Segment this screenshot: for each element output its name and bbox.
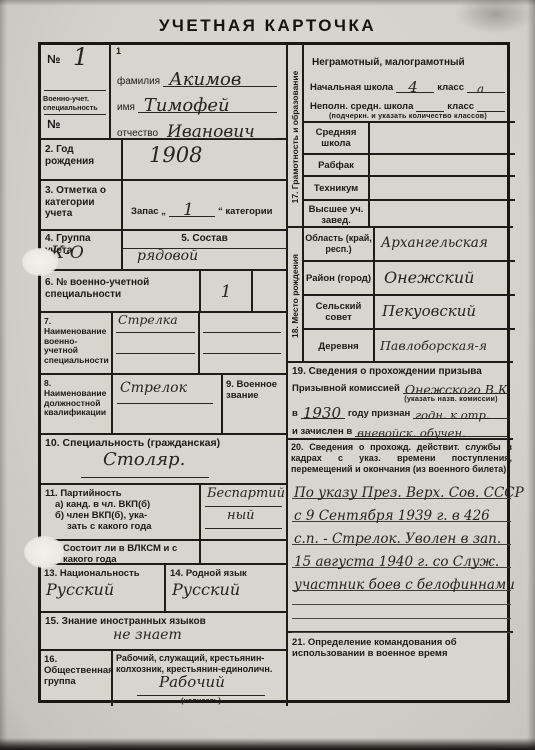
- qualification-label: 8. Наименование должностной квалификации: [41, 375, 113, 435]
- category-value: 1: [183, 200, 194, 220]
- row-vlksm: Состоит ли в ВЛКСМ и с какого года: [41, 541, 286, 565]
- university-label: Высшее уч. завед.: [304, 201, 370, 228]
- native-language-label: 14. Родной язык: [170, 568, 282, 579]
- party-option-a: а) канд. в чл. ВКП(б): [45, 499, 195, 510]
- enlisted-field: и зачислен в вневойск. обучен.: [292, 421, 511, 437]
- party-option-b2: зать с какого года: [45, 521, 195, 532]
- name-fields-cell: 1 фамилия Акимов имя Тимофей отчество Ив…: [111, 45, 286, 140]
- service-line: 15 августа 1940 г. со Служ.: [292, 545, 511, 568]
- vlksm-label: Состоит ли в ВЛКСМ и с какого года: [41, 541, 201, 565]
- scanned-registration-card: УЧЕТНАЯ КАРТОЧКА № 1 Военно-учет. специа…: [0, 0, 535, 750]
- party-label: 11. Партийность: [45, 488, 195, 499]
- commission-field: Призывной комиссией Онежского В.К: [292, 378, 511, 394]
- column-number: 1: [116, 46, 121, 56]
- row-civil-specialty: 10. Специальность (гражданская) Столяр.: [41, 435, 286, 485]
- in-label: в: [292, 408, 298, 419]
- birth-year-label: 2. Год рождения: [41, 140, 123, 181]
- scan-edge-bottom: [0, 738, 535, 750]
- raion-row: Район (город) Онежский: [304, 262, 515, 296]
- ruled-line: [116, 332, 195, 333]
- category-suffix: “ категории: [218, 206, 272, 217]
- category-field: Запас „ 1 “ категории: [131, 199, 281, 217]
- ruled-line: [205, 528, 282, 529]
- vus-name-value: Стрелка: [118, 312, 178, 327]
- sostav-cell: 5. Состав рядовой: [123, 231, 286, 271]
- oblast-label: Область (край, респ.): [304, 228, 375, 260]
- birthplace-side-strip: 18. Место рождения: [288, 228, 304, 363]
- service-line: По указу През. Верх. Сов. СССР: [292, 476, 511, 499]
- civil-specialty-value: Столяр.: [103, 449, 185, 470]
- scan-edge-top: [0, 0, 535, 6]
- vus-name-label: 7. Наименование военно-учетной специальн…: [41, 313, 113, 375]
- ruled-line: [81, 477, 209, 478]
- birthplace-side-label: 18. Место рождения: [290, 254, 300, 338]
- social-group-label: 16. Общественная группа: [41, 651, 113, 706]
- middle-class-writein: [477, 98, 505, 112]
- university-row: Высшее уч. завед.: [304, 199, 515, 228]
- fit-writein: годн. к отр.: [413, 405, 508, 419]
- patronymic-label: отчество: [117, 128, 158, 139]
- social-group-value: Рабочий: [159, 673, 225, 691]
- party-option-b: б) член ВКП(б), ука-: [45, 510, 195, 521]
- surname-value: Акимов: [169, 69, 241, 90]
- section-active-service: 20. Сведения о прохожд. действит. службы…: [286, 440, 513, 633]
- row-header: № 1 Военно-учет. специальность № 1 фамил…: [41, 45, 286, 140]
- technikum-label: Техникум: [304, 177, 370, 199]
- vus-name-cell: Стрелка: [113, 313, 200, 375]
- literacy-side-strip: 17. Грамотность и образование: [288, 45, 304, 228]
- scan-edge-right: [527, 0, 535, 750]
- middle-school-field: Неполн. средн. школа класс: [310, 97, 508, 112]
- fit-value: годн. к отр.: [415, 408, 489, 422]
- paper-hole: [22, 248, 58, 276]
- literacy-side-label: 17. Грамотность и образование: [290, 70, 300, 203]
- enlisted-value: вневойск. обучен.: [357, 426, 466, 440]
- row-birth-year: 2. Год рождения 1908: [41, 140, 286, 181]
- selsovet-row: Сельский совет Пекуовский: [304, 296, 515, 330]
- civil-specialty-label: 10. Специальность (гражданская): [45, 438, 280, 450]
- ruled-line: [116, 353, 195, 354]
- row-category: 3. Отметка о категории учета Запас „ 1 “…: [41, 181, 286, 231]
- native-language-value: Русский: [172, 580, 240, 599]
- card-number-value: 1: [73, 43, 88, 71]
- year-writein: 1930: [301, 405, 345, 419]
- empty-ruled-line: [292, 591, 511, 605]
- service-line: участник боев с белофиннами: [292, 568, 511, 591]
- ruled-line: [203, 332, 281, 333]
- nationality-cell: 13. Национальность Русский: [41, 565, 166, 613]
- row-social-group: 16. Общественная группа Рабочий, служащи…: [41, 651, 286, 706]
- section-literacy: 17. Грамотность и образование Неграмотны…: [286, 45, 513, 228]
- selsovet-label: Сельский совет: [304, 296, 375, 328]
- oblast-row: Область (край, респ.) Архангельская: [304, 228, 515, 262]
- vus-number-label: 6. № военно-учетной специальности: [41, 271, 201, 313]
- literacy-line1: Неграмотный, малограмотный: [312, 57, 508, 69]
- social-group-cell: Рабочий, служащий, крестьянин-колхозник,…: [113, 651, 286, 706]
- primary-class-label: класс: [437, 82, 464, 93]
- primary-class-value: а: [477, 82, 484, 96]
- firstname-value: Тимофей: [144, 95, 230, 116]
- patronymic-field: отчество Иванович: [117, 119, 280, 139]
- primary-school-field: Начальная школа 4 класс а: [310, 75, 508, 93]
- divider-line: [44, 114, 106, 115]
- no-label: №: [47, 54, 60, 66]
- vus-number-empty-cell: [253, 271, 286, 313]
- ruled-line: [203, 353, 281, 354]
- foreign-languages-value: не знает: [113, 627, 182, 643]
- native-language-cell: 14. Родной язык Русский: [166, 565, 286, 613]
- paper-hole: [24, 536, 64, 568]
- qualification-cell: Стрелок: [113, 375, 221, 435]
- technikum-row: Техникум: [304, 175, 515, 199]
- party-value-line2: ный: [227, 508, 255, 523]
- party-label-cell: 11. Партийность а) канд. в чл. ВКП(б) б)…: [41, 485, 201, 541]
- rabfak-row: Рабфак: [304, 153, 515, 175]
- nationality-label: 13. Национальность: [44, 568, 162, 579]
- service-line-5: участник боев с белофиннами: [294, 577, 515, 593]
- row-foreign-languages: 15. Знание иностранных языков не знает: [41, 613, 286, 651]
- zapas-label: Запас „: [131, 206, 166, 217]
- active-service-lines: По указу През. Верх. Сов. СССР с 9 Сентя…: [292, 476, 511, 633]
- row-party: 11. Партийность а) канд. в чл. ВКП(б) б)…: [41, 485, 286, 541]
- commission-label: Призывной комиссией: [292, 383, 400, 394]
- conscription-title: 19. Сведения о прохождении призыва: [292, 366, 512, 378]
- rabfak-label: Рабфак: [304, 155, 370, 175]
- service-line: с.п. - Стрелок. Уволен в зап.: [292, 522, 511, 545]
- service-line: с 9 Сентября 1939 г. в 426: [292, 499, 511, 522]
- enlisted-label: и зачислен в: [292, 426, 352, 437]
- empty-ruled-line: [292, 619, 511, 633]
- nationality-value: Русский: [46, 580, 114, 599]
- village-row: Деревня Павлоборская-я: [304, 330, 515, 363]
- card-number-cell: № 1 Военно-учет. специальность №: [41, 45, 111, 140]
- qualification-value: Стрелок: [120, 380, 187, 396]
- sostav-label: 5. Состав: [123, 233, 286, 245]
- party-value-line1: Беспартий: [207, 486, 285, 501]
- village-value: Павлоборская-я: [380, 338, 487, 353]
- recognized-label: году признан: [348, 408, 410, 419]
- ruled-line: [117, 403, 213, 404]
- vus-label: Военно-учет. специальность: [43, 95, 109, 112]
- vus-name-cell2: [200, 313, 286, 375]
- birth-year-value: 1908: [149, 143, 202, 167]
- sostav-value: рядовой: [137, 248, 198, 264]
- section-wartime-use: 21. Определение командования об использо…: [286, 633, 513, 706]
- rank-label: 9. Военное звание: [221, 375, 286, 435]
- firstname-label: имя: [117, 102, 135, 113]
- firstname-field: имя Тимофей: [117, 93, 280, 113]
- oblast-value: Архангельская: [381, 235, 488, 251]
- patronymic-writein-line: Иванович: [161, 125, 277, 139]
- middle-school-writein: [416, 98, 444, 112]
- year-recognized-field: в 1930 году признан годн. к отр.: [292, 401, 511, 419]
- commission-writein: Онежского В.К: [403, 380, 508, 394]
- active-service-title: 20. Сведения о прохожд. действит. службы…: [291, 442, 512, 474]
- secondary-school-row: Средняя школа: [304, 121, 515, 153]
- ruled-line: [205, 506, 282, 507]
- primary-school-writein: 4: [396, 79, 434, 93]
- literacy-hint: (подчеркн. и указать количество классов): [306, 111, 510, 120]
- row-qualification: 8. Наименование должностной квалификации…: [41, 375, 286, 435]
- section-conscription: 19. Сведения о прохождении призыва Призы…: [286, 363, 513, 440]
- no2-label: №: [47, 119, 60, 131]
- selsovet-value: Пекуовский: [382, 302, 476, 320]
- category-label: 3. Отметка о категории учета: [41, 181, 123, 231]
- category-writein-line: 1: [169, 203, 215, 217]
- village-label: Деревня: [304, 330, 375, 363]
- surname-writein-line: Акимов: [163, 73, 277, 87]
- empty-ruled-line: [292, 605, 511, 619]
- raion-value: Онежский: [384, 268, 474, 287]
- page-title: УЧЕТНАЯ КАРТОЧКА: [0, 16, 535, 36]
- year-value: 1930: [303, 404, 341, 422]
- raion-label: Район (город): [304, 262, 375, 294]
- social-group-options: Рабочий, служащий, крестьянин-колхозник,…: [116, 653, 282, 675]
- surname-field: фамилия Акимов: [117, 67, 280, 87]
- section-birthplace: 18. Место рождения Область (край, респ.)…: [286, 228, 513, 363]
- row-group-sostav: 4. Группа учета К-О 5. Состав рядовой: [41, 231, 286, 271]
- foreign-languages-label: 15. Знание иностранных языков: [45, 616, 280, 628]
- wartime-use-title: 21. Определение командования об использо…: [292, 637, 511, 659]
- vus-number-value: 1: [221, 282, 232, 302]
- row-vus-name: 7. Наименование военно-учетной специальн…: [41, 313, 286, 375]
- primary-school-label: Начальная школа: [310, 82, 393, 93]
- registration-card-form: № 1 Военно-учет. специальность № 1 фамил…: [38, 42, 510, 703]
- secondary-school-label: Средняя школа: [304, 123, 370, 153]
- party-value-cell: Беспартий ный: [201, 485, 286, 541]
- divider-line: [44, 90, 106, 91]
- surname-label: фамилия: [117, 76, 160, 87]
- social-group-hint: (написать): [137, 696, 265, 705]
- scan-edge-left: [0, 0, 7, 750]
- row-vus-number: 6. № военно-учетной специальности 1: [41, 271, 286, 313]
- enlisted-writein: вневойск. обучен.: [355, 423, 508, 437]
- vus-number-cell: 1: [201, 271, 253, 313]
- primary-class-writein: а: [467, 79, 505, 93]
- row-nationality-language: 13. Национальность Русский 14. Родной яз…: [41, 565, 286, 613]
- firstname-writein-line: Тимофей: [138, 99, 277, 113]
- patronymic-value: Иванович: [167, 122, 255, 142]
- primary-school-value: 4: [408, 78, 418, 96]
